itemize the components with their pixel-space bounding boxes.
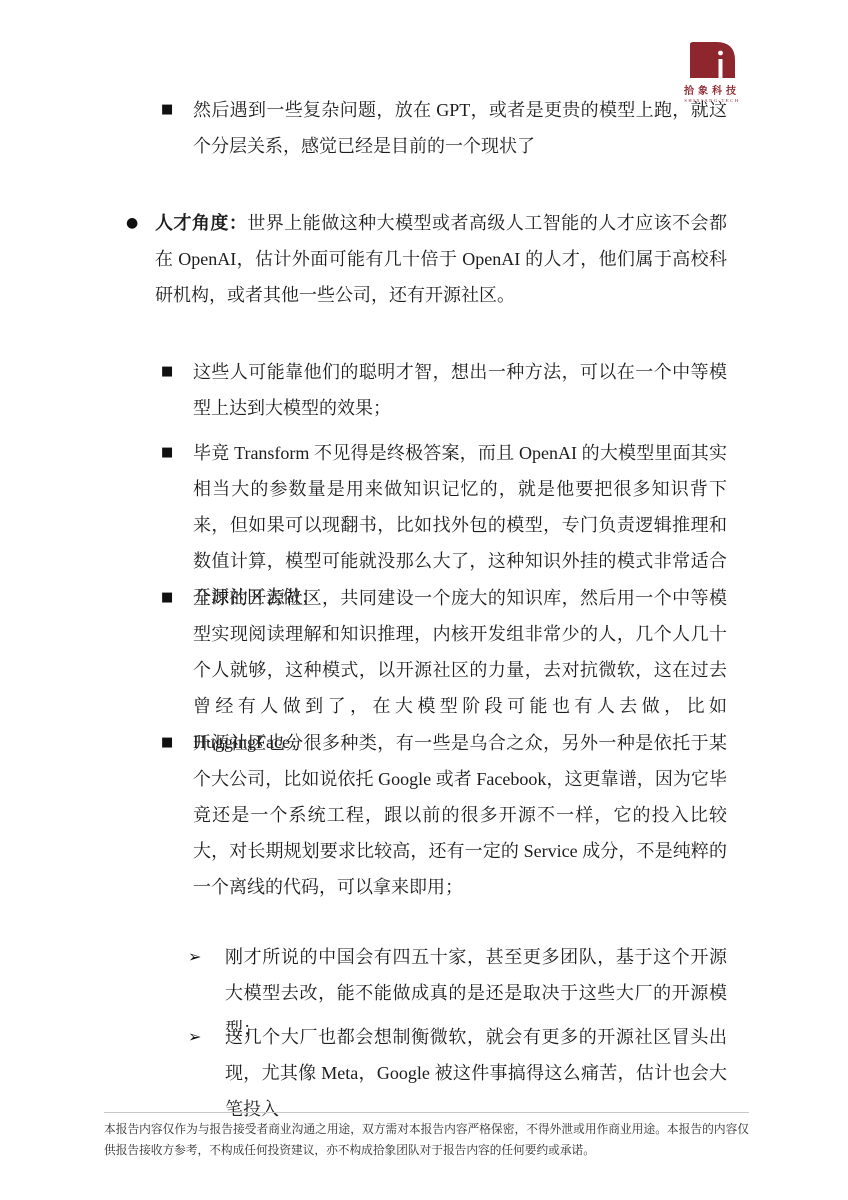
paragraph-text: 然后遇到一些复杂问题，放在 GPT，或者是更贵的模型上跑，就这个分层关系，感觉已… [193, 92, 727, 164]
list-item: ■ 开源社区也分很多种类，有一些是乌合之众，另外一种是依托于某个大公司，比如说依… [0, 725, 848, 905]
paragraph-text: 这些人可能靠他们的聪明才智，想出一种方法，可以在一个中等模型上达到大模型的效果； [193, 354, 727, 426]
arrow-bullet-icon: ➢ [188, 939, 201, 975]
list-item: ■ 然后遇到一些复杂问题，放在 GPT，或者是更贵的模型上跑，就这个分层关系，感… [0, 92, 848, 164]
square-bullet-icon: ■ [161, 354, 173, 390]
list-item: ● 人才角度：世界上能做这种大模型或者高级人工智能的人才应该不会都在 OpenA… [0, 205, 848, 313]
report-page: 拾象科技 SHIXIANG TECH ■ 然后遇到一些复杂问题，放在 GPT，或… [0, 0, 848, 1200]
shixiang-elephant-logo-icon [690, 42, 735, 78]
square-bullet-icon: ■ [161, 580, 173, 616]
paragraph-text: 人才角度：世界上能做这种大模型或者高级人工智能的人才应该不会都在 OpenAI，… [155, 205, 727, 313]
list-item: ➢ 这几个大厂也都会想制衡微软，就会有更多的开源社区冒头出现，尤其像 Meta，… [0, 1019, 848, 1127]
square-bullet-icon: ■ [161, 92, 173, 128]
disclaimer-text: 本报告内容仅作为与报告接受者商业沟通之用途，双方需对本报告内容严格保密，不得外泄… [104, 1119, 749, 1161]
circle-bullet-icon: ● [126, 205, 138, 241]
paragraph-lead: 人才角度： [155, 213, 247, 233]
footer-disclaimer-section: 本报告内容仅作为与报告接受者商业沟通之用途，双方需对本报告内容严格保密，不得外泄… [104, 1112, 749, 1161]
square-bullet-icon: ■ [161, 725, 173, 761]
paragraph-text: 开源社区也分很多种类，有一些是乌合之众，另外一种是依托于某个大公司，比如说依托 … [193, 725, 727, 905]
list-item: ■ 这些人可能靠他们的聪明才智，想出一种方法，可以在一个中等模型上达到大模型的效… [0, 354, 848, 426]
square-bullet-icon: ■ [161, 435, 173, 471]
paragraph-text: 这几个大厂也都会想制衡微软，就会有更多的开源社区冒头出现，尤其像 Meta，Go… [225, 1019, 727, 1127]
arrow-bullet-icon: ➢ [188, 1019, 201, 1055]
